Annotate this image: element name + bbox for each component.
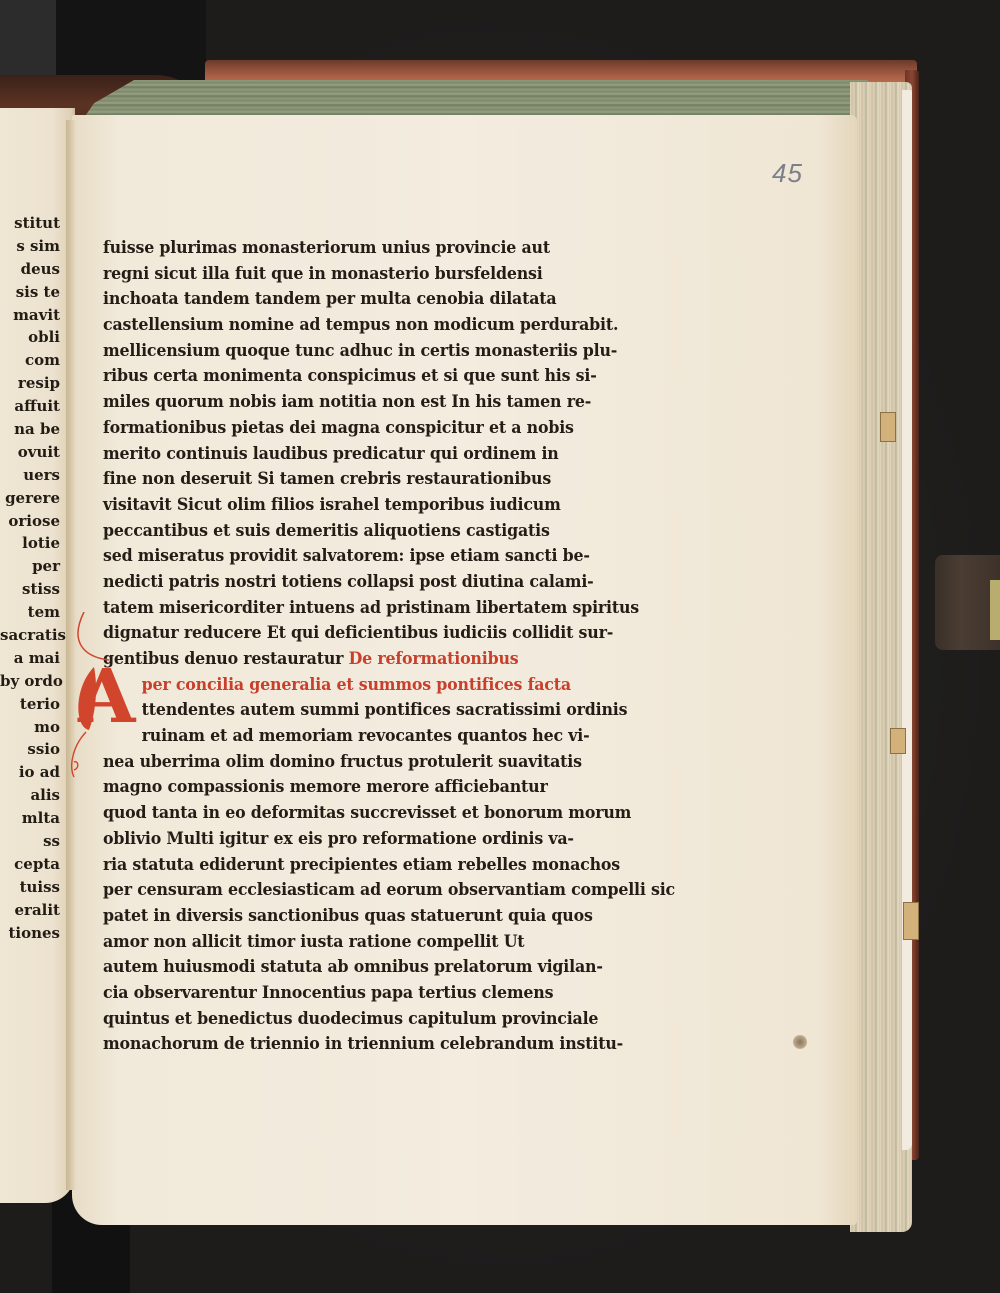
rubric-heading: De reformationibus	[343, 649, 518, 669]
folio-number: 45	[772, 158, 803, 189]
left-text-fragment: tiones	[0, 922, 66, 945]
text-line: regni sicut illa fuit que in monasterio …	[103, 262, 600, 288]
left-text-fragment: ovuit	[0, 441, 66, 464]
text-line: ribus certa monimenta conspicimus et si …	[103, 364, 600, 390]
text-line: gentibus denuo restauratur De reformatio…	[103, 647, 600, 673]
left-text-fragment: stiss	[0, 578, 66, 601]
left-text-fragment: mavit	[0, 304, 66, 327]
text-line: inchoata tandem tandem per multa cenobia…	[103, 287, 600, 313]
text-line: nedicti patris nostri totiens collapsi p…	[103, 570, 600, 596]
page-tab-marker	[890, 728, 906, 754]
text-line: dignatur reducere Et qui deficientibus i…	[103, 621, 600, 647]
left-text-fragment: ssio	[0, 738, 66, 761]
left-text-fragment: mlta	[0, 807, 66, 830]
text-line: fuisse plurimas monasteriorum unius prov…	[103, 236, 600, 262]
page-tab-marker	[880, 412, 896, 442]
text-line: cia observarentur Innocentius papa terti…	[103, 981, 600, 1007]
left-text-fragment: s sim	[0, 235, 66, 258]
parchment-stain	[793, 1035, 807, 1049]
left-text-fragment: resip	[0, 372, 66, 395]
text-line: ruinam et ad memoriam revocantes quantos…	[103, 724, 600, 750]
text-line: quod tanta in eo deformitas succrevisset…	[103, 801, 600, 827]
left-text-fragment: by ordo	[0, 670, 66, 693]
left-text-fragment: eralit	[0, 899, 66, 922]
left-text-fragment: a mai	[0, 647, 66, 670]
left-text-fragment: uers	[0, 464, 66, 487]
left-text-fragment: per	[0, 555, 66, 578]
left-text-fragment: cepta	[0, 853, 66, 876]
left-text-fragment: tuiss	[0, 876, 66, 899]
left-text-fragment: lotie	[0, 532, 66, 555]
left-text-fragment: oriose	[0, 510, 66, 533]
left-text-fragment: obli	[0, 326, 66, 349]
text-line: tatem misericorditer intuens ad pristina…	[103, 596, 600, 622]
left-text-fragment: com	[0, 349, 66, 372]
page-tab-marker	[903, 902, 919, 940]
left-text-fragment: io ad	[0, 761, 66, 784]
text-line: formationibus pietas dei magna conspicit…	[103, 416, 600, 442]
left-text-fragment: stitut	[0, 212, 66, 235]
left-text-fragment: affuit	[0, 395, 66, 418]
text-line: sed miseratus providit salvatorem: ipse …	[103, 544, 600, 570]
text-line: autem huiusmodi statuta ab omnibus prela…	[103, 955, 600, 981]
text-line: ttendentes autem summi pontifices sacrat…	[103, 698, 600, 724]
endleaf-edge	[902, 90, 912, 1150]
text-line: mellicensium quoque tunc adhuc in certis…	[103, 339, 600, 365]
text-line: peccantibus et suis demeritis aliquotien…	[103, 519, 600, 545]
text-line: monachorum de triennio in triennium cele…	[103, 1032, 600, 1058]
left-page-text: stituts simdeussis temavitoblicomresipaf…	[0, 212, 66, 945]
left-text-fragment: sacratissi	[0, 624, 66, 647]
text-line: amor non allicit timor iusta ratione com…	[103, 930, 600, 956]
text-line: patet in diversis sanctionibus quas stat…	[103, 904, 600, 930]
left-text-fragment: na be	[0, 418, 66, 441]
text-line: visitavit Sicut olim filios israhel temp…	[103, 493, 600, 519]
text-line: quintus et benedictus duodecimus capitul…	[103, 1007, 600, 1033]
rubric-heading: per concilia generalia et summos pontifi…	[103, 673, 600, 699]
text-line: miles quorum nobis iam notitia non est I…	[103, 390, 600, 416]
left-text-fragment: deus	[0, 258, 66, 281]
text-line: fine non deseruit Si tamen crebris resta…	[103, 467, 600, 493]
left-text-fragment: terio	[0, 693, 66, 716]
text-line: magno compassionis memore merore afficie…	[103, 775, 600, 801]
left-text-fragment: sis te	[0, 281, 66, 304]
clasp-metal-fitting	[990, 580, 1000, 640]
left-text-fragment: mo	[0, 716, 66, 739]
main-text-block: fuisse plurimas monasteriorum unius prov…	[103, 236, 643, 1058]
left-text-fragment: alis	[0, 784, 66, 807]
left-text-fragment: gerere	[0, 487, 66, 510]
text-line: oblivio Multi igitur ex eis pro reformat…	[103, 827, 600, 853]
text-line: merito continuis laudibus predicatur qui…	[103, 442, 600, 468]
text-line: castellensium nomine ad tempus non modic…	[103, 313, 600, 339]
decorated-initial: A	[78, 660, 135, 734]
text-line: nea uberrima olim domino fructus protule…	[103, 750, 600, 776]
text-line: ria statuta ediderunt precipientes etiam…	[103, 853, 600, 879]
left-text-fragment: ss	[0, 830, 66, 853]
text-line: per censuram ecclesiasticam ad eorum obs…	[103, 878, 600, 904]
left-text-fragment: tem	[0, 601, 66, 624]
